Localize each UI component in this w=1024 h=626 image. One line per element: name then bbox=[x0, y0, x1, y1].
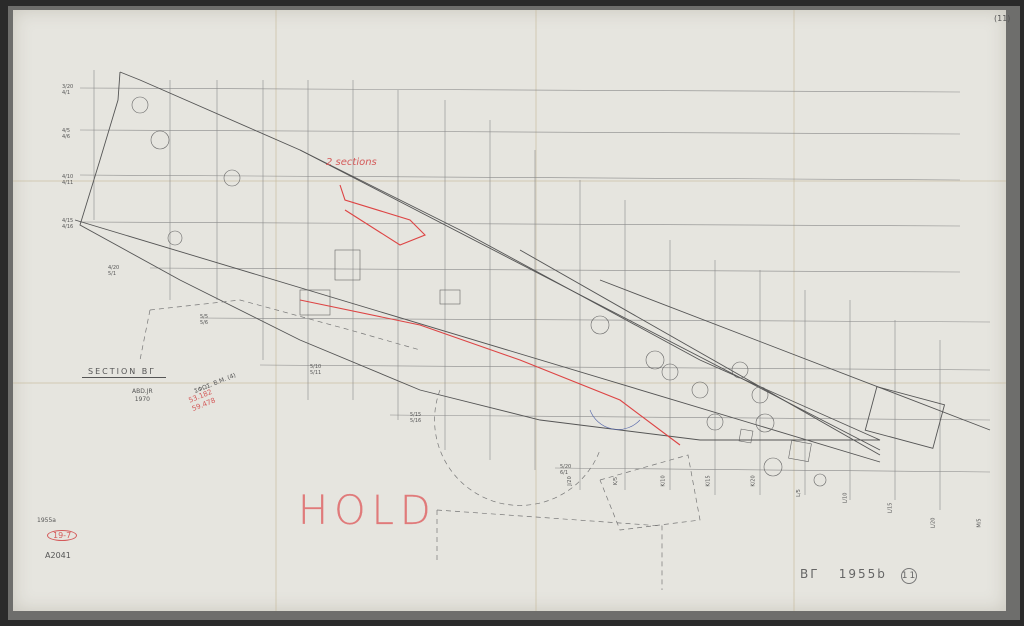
grid-label-bottom: K/10 bbox=[661, 475, 667, 486]
grid-label-left: 3/20 4/1 bbox=[62, 84, 73, 96]
grid-label-bottom: L/20 bbox=[930, 518, 936, 529]
grid-label-bottom: L/10 bbox=[842, 493, 848, 504]
author-date: ABD.JR 1970 bbox=[132, 388, 153, 404]
grid-label-left: 5/20 6/1 bbox=[560, 464, 571, 476]
features bbox=[132, 97, 826, 486]
title-year: 1955b bbox=[839, 567, 887, 581]
grid-label-bottom: M/5 bbox=[977, 518, 983, 527]
grid-label: 5/1 bbox=[108, 271, 119, 277]
grid-label-left: 4/10 4/11 bbox=[62, 174, 73, 186]
grid-label-left: 4/5 4/6 bbox=[62, 128, 70, 140]
grid-label-left: 4/15 4/16 bbox=[62, 218, 73, 230]
grid-label: 5/16 bbox=[410, 418, 421, 424]
grid-label: 4/11 bbox=[62, 180, 73, 186]
section-label: SECTION ΒΓ bbox=[82, 367, 166, 378]
excavation-plan-drawing bbox=[0, 0, 1024, 626]
title-sheet-number: 11 bbox=[901, 568, 917, 584]
grid-label: 5/11 bbox=[310, 370, 321, 376]
title-block: ΒΓ 1955b 11 bbox=[800, 567, 917, 584]
title-code: ΒΓ bbox=[800, 567, 819, 581]
grid-label-bottom: K/5 bbox=[613, 477, 619, 485]
grid-label-bottom: L/5 bbox=[796, 489, 802, 497]
red-note-2-sections: 2 sections bbox=[326, 157, 377, 168]
author-initials: ABD.JR bbox=[132, 388, 153, 396]
grid-label-bottom: J/20 bbox=[567, 476, 573, 486]
blue-annotations bbox=[590, 410, 640, 429]
grid-label-left: 5/5 5/6 bbox=[200, 314, 208, 326]
sheet-corner-number: (11) bbox=[994, 14, 1010, 23]
grid-label-bottom: K/20 bbox=[751, 475, 757, 486]
archive-id: A2041 bbox=[45, 551, 71, 560]
grid-label-left: 5/10 5/11 bbox=[310, 364, 321, 376]
red-circled-tag: 19-7 bbox=[47, 530, 77, 541]
hold-stamp: HOLD bbox=[298, 488, 437, 534]
drawing-year: 1970 bbox=[132, 396, 153, 404]
grid-label: 5/6 bbox=[200, 320, 208, 326]
grid-label: 4/1 bbox=[62, 90, 73, 96]
grid-label-bottom: L/15 bbox=[887, 503, 893, 514]
grid-lines bbox=[80, 70, 990, 510]
ref-small: 1955a bbox=[37, 517, 56, 524]
grid-label-bottom: K/15 bbox=[706, 475, 712, 486]
grid-label: 4/16 bbox=[62, 224, 73, 230]
grid-label-left: 4/20 5/1 bbox=[108, 265, 119, 277]
grid-label-left: 5/15 5/16 bbox=[410, 412, 421, 424]
dashed-outlines bbox=[140, 300, 700, 590]
grid-label: 4/6 bbox=[62, 134, 70, 140]
